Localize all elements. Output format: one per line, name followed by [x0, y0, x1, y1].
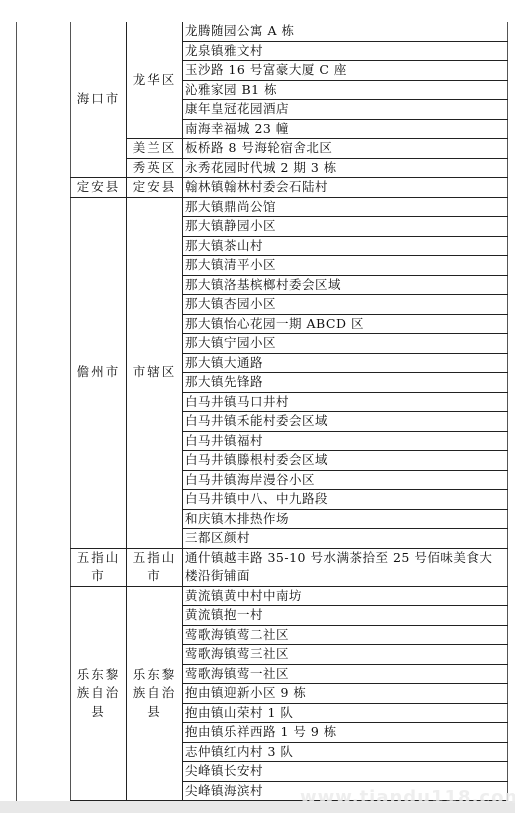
address-cell: 沁雅家园 B1 栋 — [183, 80, 508, 100]
address-cell: 翰林镇翰林村委会石陆村 — [183, 178, 508, 198]
address-cell: 抱由镇乐祥西路 1 号 9 栋 — [183, 723, 508, 743]
address-cell: 那大镇洛基槟榔村委会区域 — [183, 275, 508, 295]
district-cell: 五指山市 — [127, 548, 183, 586]
table-row: 乐东黎族自治县乐东黎族自治县黄流镇黄中村中南坊 — [71, 586, 508, 606]
address-cell: 板桥路 8 号海轮宿舍北区 — [183, 139, 508, 159]
table-row: 秀英区永秀花园时代城 2 期 3 栋 — [71, 158, 508, 178]
address-cell: 那大镇茶山村 — [183, 236, 508, 256]
district-cell: 乐东黎族自治县 — [127, 586, 183, 801]
address-cell: 白马井镇滕根村委会区域 — [183, 451, 508, 471]
address-cell: 那大镇先锋路 — [183, 373, 508, 393]
district-label: 龙华区 — [133, 72, 177, 87]
table-row: 海口市龙华区龙腾随园公寓 A 栋 — [71, 22, 508, 41]
address-cell: 白马井镇海岸漫谷小区 — [183, 470, 508, 490]
address-cell: 玉沙路 16 号富豪大厦 C 座 — [183, 61, 508, 81]
city-label: 儋州市 — [77, 364, 121, 379]
address-cell: 那大镇静园小区 — [183, 217, 508, 237]
district-label: 美兰区 — [133, 140, 177, 155]
address-cell: 白马井镇中八、中九路段 — [183, 490, 508, 510]
address-cell: 白马井镇禾能村委会区域 — [183, 412, 508, 432]
address-table: 海口市龙华区龙腾随园公寓 A 栋龙泉镇雅文村玉沙路 16 号富豪大厦 C 座沁雅… — [70, 22, 508, 801]
address-cell: 白马井镇马口井村 — [183, 392, 508, 412]
address-cell: 龙腾随园公寓 A 栋 — [183, 22, 508, 41]
city-cell: 海口市 — [71, 22, 127, 178]
city-cell: 定安县 — [71, 178, 127, 198]
address-cell: 抱由镇山荣村 1 队 — [183, 703, 508, 723]
left-border-line — [16, 22, 17, 801]
district-label: 五指山市 — [133, 550, 177, 584]
city-label: 海口市 — [77, 91, 121, 106]
address-cell: 志仲镇红内村 3 队 — [183, 742, 508, 762]
district-label: 定安县 — [133, 179, 177, 194]
watermark: www.tiandu118.com — [300, 787, 515, 808]
address-cell: 那大镇清平小区 — [183, 256, 508, 276]
address-cell: 龙泉镇雅文村 — [183, 41, 508, 61]
table-row: 定安县定安县翰林镇翰林村委会石陆村 — [71, 178, 508, 198]
address-cell: 那大镇杏园小区 — [183, 295, 508, 315]
city-label: 五指山市 — [77, 550, 121, 584]
city-cell: 乐东黎族自治县 — [71, 586, 127, 801]
address-cell: 和庆镇木排热作场 — [183, 509, 508, 529]
address-cell: 抱由镇迎新小区 9 栋 — [183, 684, 508, 704]
address-cell: 那大镇宁园小区 — [183, 334, 508, 354]
address-cell: 莺歌海镇莺三社区 — [183, 645, 508, 665]
district-label: 市辖区 — [133, 364, 177, 379]
city-label: 定安县 — [77, 179, 121, 194]
address-cell: 那大镇怡心花园一期 ABCD 区 — [183, 314, 508, 334]
district-label: 秀英区 — [133, 160, 177, 175]
city-cell: 五指山市 — [71, 548, 127, 586]
district-cell: 美兰区 — [127, 139, 183, 159]
address-cell: 三都区颜村 — [183, 529, 508, 549]
table-row: 美兰区板桥路 8 号海轮宿舍北区 — [71, 139, 508, 159]
table-row: 五指山市五指山市通什镇越丰路 35-10 号水满茶拾至 25 号佰味美食大楼沿街… — [71, 548, 508, 586]
address-cell: 南海幸福城 23 幢 — [183, 119, 508, 139]
address-cell: 莺歌海镇莺一社区 — [183, 664, 508, 684]
city-label: 乐东黎族自治县 — [77, 667, 121, 719]
district-cell: 秀英区 — [127, 158, 183, 178]
table-row: 儋州市市辖区那大镇鼎尚公馆 — [71, 197, 508, 217]
district-label: 乐东黎族自治县 — [133, 667, 177, 719]
address-cell: 那大镇大通路 — [183, 353, 508, 373]
address-cell: 黄流镇黄中村中南坊 — [183, 586, 508, 606]
address-cell: 尖峰镇长安村 — [183, 762, 508, 782]
address-cell: 黄流镇抱一村 — [183, 606, 508, 626]
address-cell: 莺歌海镇莺二社区 — [183, 625, 508, 645]
address-cell: 康年皇冠花园酒店 — [183, 100, 508, 120]
district-cell: 龙华区 — [127, 22, 183, 139]
district-cell: 市辖区 — [127, 197, 183, 548]
district-cell: 定安县 — [127, 178, 183, 198]
address-cell: 通什镇越丰路 35-10 号水满茶拾至 25 号佰味美食大楼沿街铺面 — [183, 548, 508, 586]
city-cell: 儋州市 — [71, 197, 127, 548]
address-cell: 永秀花园时代城 2 期 3 栋 — [183, 158, 508, 178]
address-cell: 那大镇鼎尚公馆 — [183, 197, 508, 217]
address-cell: 白马井镇福村 — [183, 431, 508, 451]
